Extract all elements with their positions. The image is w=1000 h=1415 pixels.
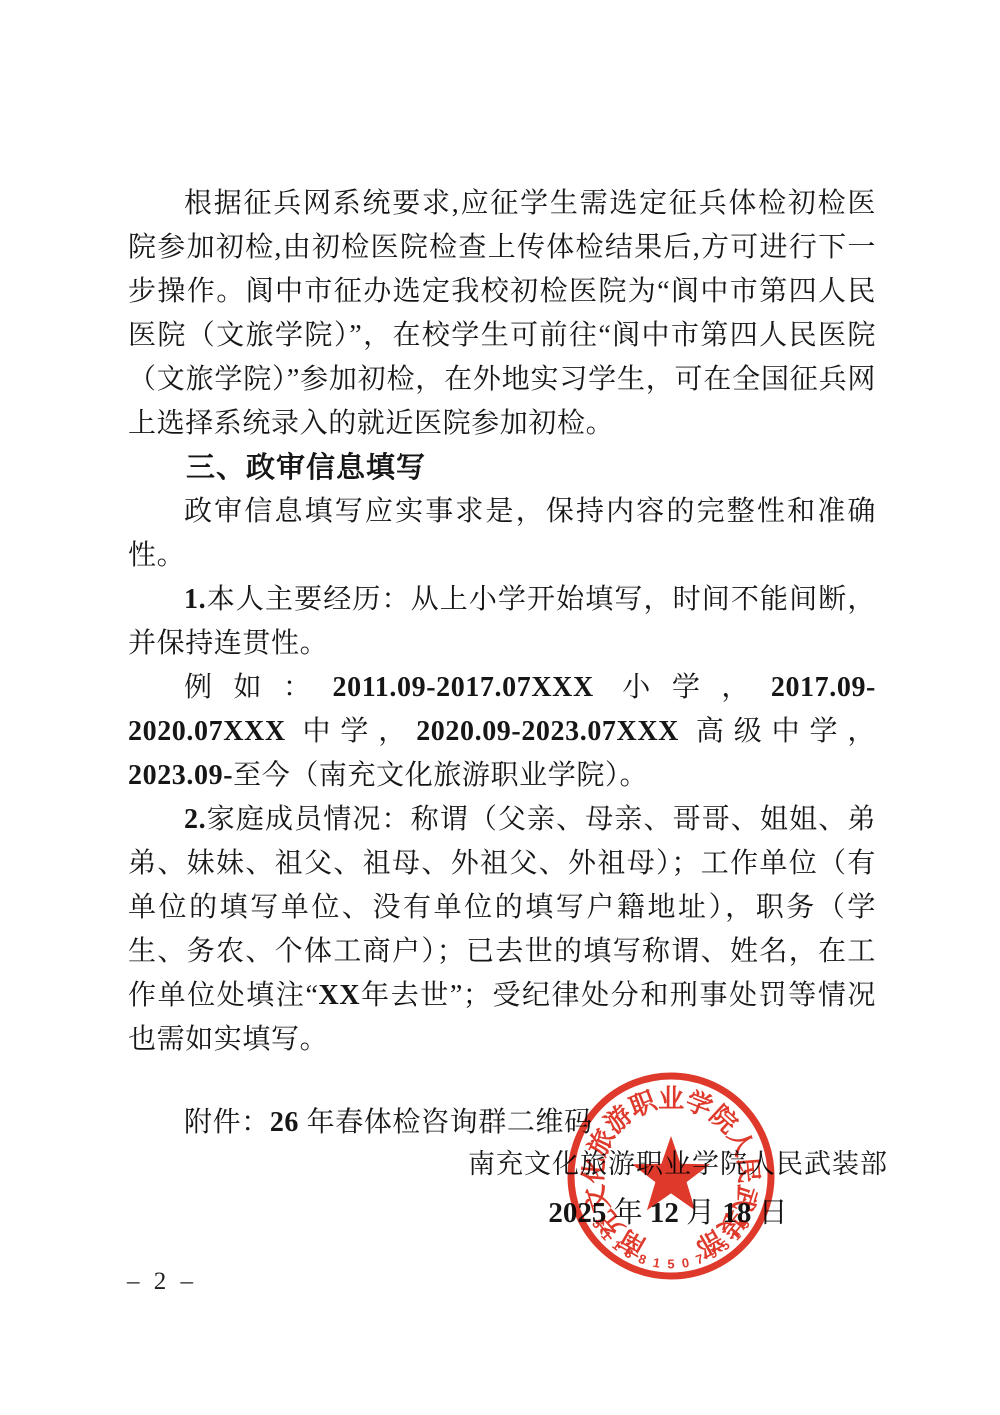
svg-text:5: 5	[667, 1257, 674, 1272]
signature-date: 2025 年 12 月 18 日	[468, 1194, 868, 1232]
section-heading-political-review: 三、政审信息填写	[128, 446, 876, 490]
signature-organization: 南充文化旅游职业学院人民武装部	[468, 1146, 868, 1182]
document-page: 根据征兵网系统要求,应征学生需选定征兵体检初检医院参加初检,由初检医院检查上传体…	[0, 0, 1000, 1415]
document-body: 根据征兵网系统要求,应征学生需选定征兵体检初检医院参加初检,由初检医院检查上传体…	[128, 182, 876, 1145]
paragraph-example-timeline: 例如：2011.09-2017.07XXX 小学，2017.09-2020.07…	[128, 666, 876, 798]
svg-text:7: 7	[694, 1251, 706, 1268]
svg-text:8: 8	[637, 1251, 649, 1268]
svg-text:1: 1	[652, 1255, 662, 1271]
svg-text:1: 1	[609, 1237, 624, 1253]
svg-text:9: 9	[706, 1245, 720, 1262]
paragraph-initial-medical-check: 根据征兵网系统要求,应征学生需选定征兵体检初检医院参加初检,由初检医院检查上传体…	[128, 182, 876, 446]
paragraph-item2-family-members: 2.家庭成员情况：称谓（父亲、母亲、哥哥、姐姐、弟弟、妹妹、祖父、祖母、外祖父、…	[128, 798, 876, 1062]
svg-text:3: 3	[622, 1245, 636, 1262]
signature-block: 南充文化旅游职业学院人民武装部 2025 年 12 月 18 日	[468, 1146, 868, 1232]
attachment-line: 附件：26 年春体检咨询群二维码	[128, 1101, 876, 1145]
paragraph-review-intro: 政审信息填写应实事求是，保持内容的完整性和准确性。	[128, 490, 876, 578]
svg-text:0: 0	[681, 1255, 691, 1271]
paragraph-item1-personal-history: 1.本人主要经历：从上小学开始填写，时间不能间断，并保持连贯性。	[128, 578, 876, 666]
page-number: – 2 –	[127, 1268, 197, 1296]
svg-text:5: 5	[718, 1237, 733, 1253]
